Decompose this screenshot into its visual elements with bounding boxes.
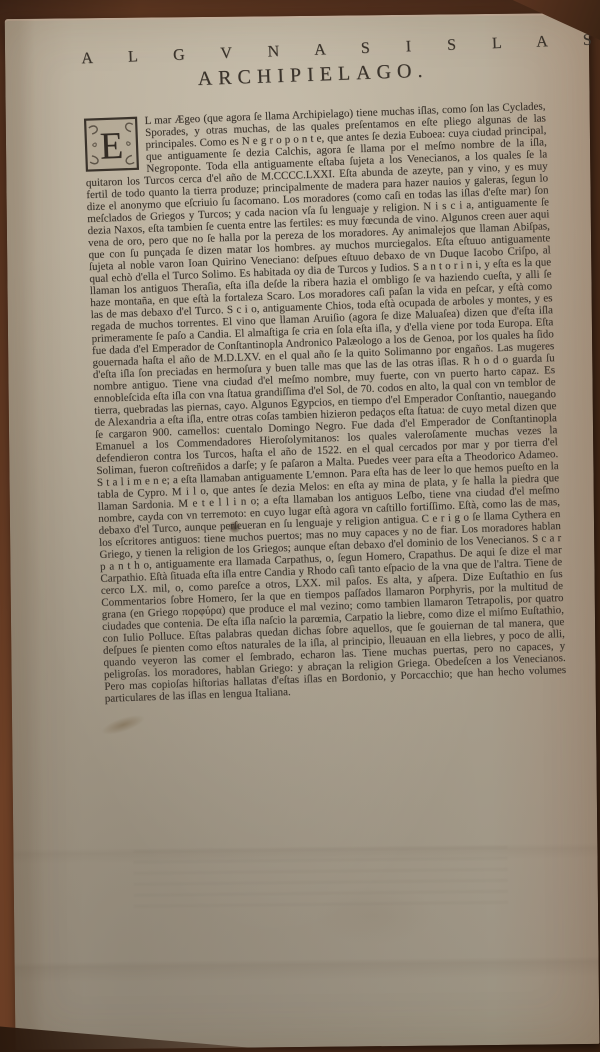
drop-cap-woodcut-frame: E <box>84 116 140 172</box>
page-content: A L G V N A S I S L A S D'E L ARCHIPIELA… <box>81 33 567 704</box>
smudge-stain <box>99 711 147 739</box>
page-title: A L G V N A S I S L A S D'E L ARCHIPIELA… <box>81 33 544 95</box>
drop-cap-letter: E <box>99 125 124 168</box>
drop-cap-initial: E <box>84 116 140 172</box>
book-page: A L G V N A S I S L A S D'E L ARCHIPIELA… <box>5 13 600 1050</box>
foxing-stain <box>314 885 435 946</box>
ghost-text-showthrough <box>133 846 508 916</box>
body-paragraph: L mar Ægeo (que agora ſe llama Archipiel… <box>86 100 567 705</box>
body-text: E L mar Ægeo (que agora ſe llama Archipi… <box>83 100 566 705</box>
photo-background: A L G V N A S I S L A S D'E L ARCHIPIELA… <box>0 0 600 1052</box>
